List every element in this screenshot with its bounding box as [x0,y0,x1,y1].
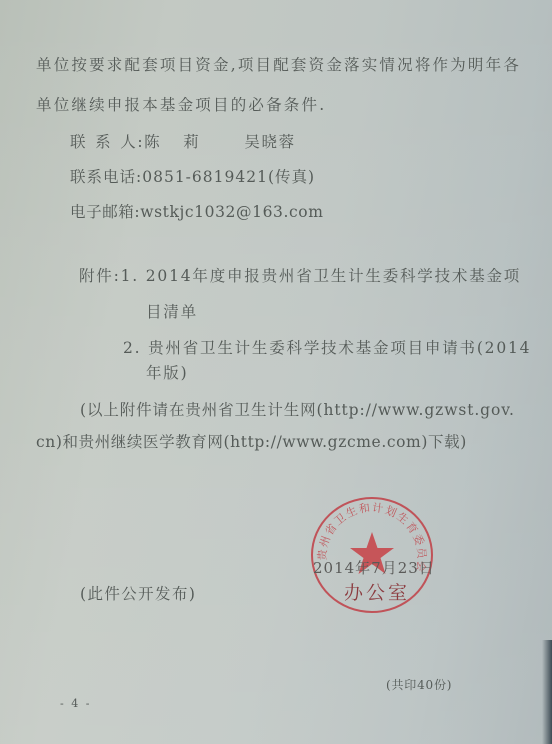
attachment-2-title: 贵州省卫生计生委科学技术基金项目申请书(2014 [148,339,531,357]
contact-persons: 联系人:陈莉吴晓蓉 [70,130,296,152]
attachment-1-title-continued: 目清单 [146,300,198,322]
email-label: 电子邮箱: [70,203,140,221]
attachment-item-2: 2. 贵州省卫生计生委科学技术基金项目申请书(2014 [123,336,531,358]
print-copies-count: (共印40份) [386,676,452,693]
attachments-label: 附件: [79,267,121,285]
phone-value: 0851-6819421(传真) [142,168,315,186]
contact-person-1-surname: 陈 [144,133,161,151]
attachment-2-number: 2. [123,339,141,357]
page-number: - 4 - [60,697,91,710]
attachment-1-title: 2014年度申报贵州省卫生计生委科学技术基金项 [146,267,521,285]
phone-label: 联系电话: [70,168,142,186]
public-release-notice: (此件公开发布) [80,582,196,604]
attachment-1-number: 1. [121,267,139,285]
body-paragraph-line-2: 单位继续申报本基金项目的必备条件. [36,93,326,115]
signature-date: 2014年7月23日 [313,557,435,578]
attachment-item-1: 附件:1. 2014年度申报贵州省卫生计生委科学技术基金项 [79,264,521,286]
contact-phone: 联系电话:0851-6819421(传真) [70,165,315,187]
contact-label-char-1: 联 [70,133,87,151]
email-value: wstkjc1032@163.com [140,203,323,221]
contact-email: 电子邮箱:wstkjc1032@163.com [70,200,324,222]
contact-person-2: 吴晓蓉 [244,133,295,151]
body-paragraph-line-1: 单位按要求配套项目资金,项目配套资金落实情况将作为明年各 [36,53,521,75]
contact-label-char-3: 人: [120,133,144,151]
page-edge-shadow [542,640,552,744]
attachment-2-title-continued: 年版) [146,361,188,383]
download-note-line-2: cn)和贵州继续医学教育网(http://www.gzcme.com)下载) [36,430,467,452]
contact-label-char-2: 系 [95,133,112,151]
download-note-line-1: (以上附件请在贵州省卫生计生网(http://www.gzwst.gov. [80,398,515,420]
contact-person-1-given: 莉 [183,133,200,151]
signature-office: 办公室 [344,578,410,605]
